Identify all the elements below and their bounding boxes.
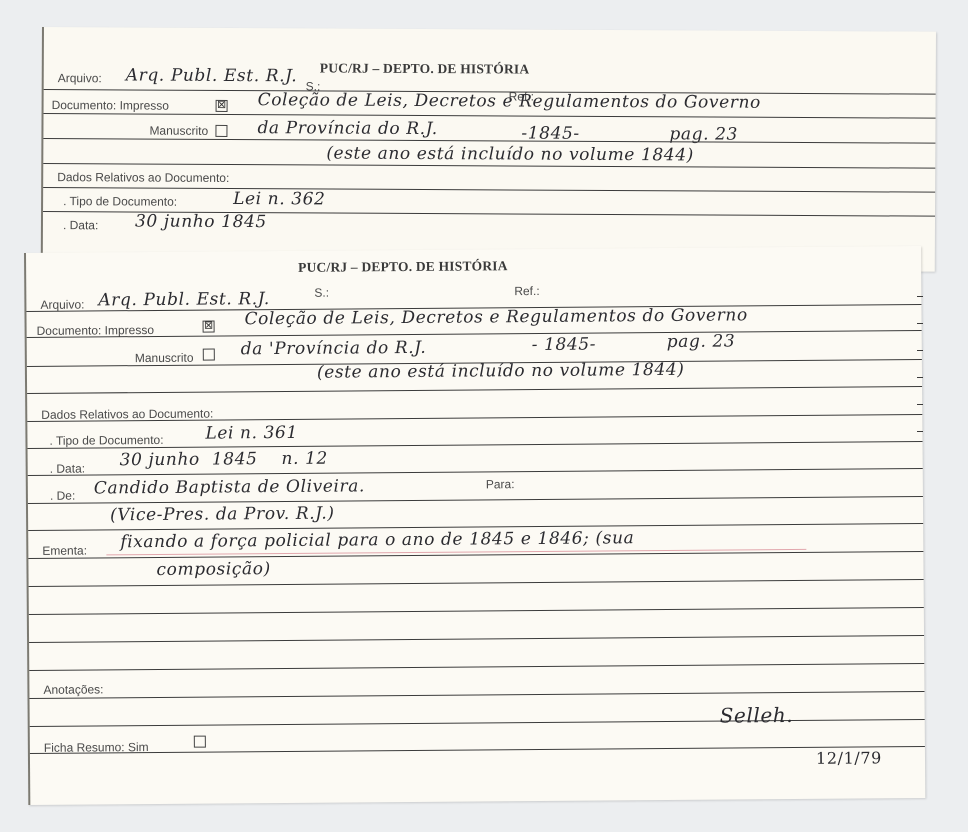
ementa-label: Ementa: <box>42 544 87 558</box>
rule <box>29 663 924 671</box>
back-card-rule-tick <box>917 350 923 351</box>
documento-line3: (este ano está incluído no volume 1844) <box>317 360 685 383</box>
arquivo-label: Arquivo: <box>58 71 102 85</box>
para-label: Para: <box>486 477 515 491</box>
manuscrito-checkbox[interactable] <box>203 349 215 361</box>
rule <box>44 113 936 119</box>
de-label: . De: <box>50 489 75 503</box>
documento-line1: Coleção de Leis, Decretos e Regulamentos… <box>244 305 747 329</box>
ementa-value-line1: fixando a força policial para o ano de 1… <box>120 528 634 552</box>
tipo-documento-value: Lei n. 361 <box>205 423 298 444</box>
rule <box>30 746 925 754</box>
rule <box>27 386 922 394</box>
ementa-value-line2: composição) <box>156 559 270 580</box>
data-value: 30 junho 1845 <box>135 211 267 232</box>
card-header: PUC/RJ – DEPTO. DE HISTÓRIA <box>298 258 508 276</box>
arquivo-value: Arq. Publ. Est. R.J. <box>126 65 298 86</box>
documento-line2-a: da Província do R.J. <box>257 118 437 139</box>
back-card-rule-tick <box>917 323 923 324</box>
documento-impresso-label: Documento: Impresso <box>52 98 169 113</box>
manuscrito-checkbox[interactable] <box>215 125 227 137</box>
data-value: 30 junho 1845 n. 12 <box>120 449 328 471</box>
dados-relativos-label: Dados Relativos ao Documento: <box>57 170 229 185</box>
tipo-documento-label: . Tipo de Documento: <box>63 194 177 209</box>
signature: Selleh. <box>720 703 794 728</box>
rule <box>29 579 924 587</box>
data-label: . Data: <box>63 218 98 232</box>
checked-x-icon: ⊠ <box>217 99 226 111</box>
rule <box>29 635 924 643</box>
checked-x-icon: ⊠ <box>204 320 213 332</box>
documento-line1: Coleção de Leis, Decretos e Regulamentos… <box>258 90 761 113</box>
ref-label: Ref.: <box>514 284 539 298</box>
documento-line2-a: da 'Província do R.J. <box>241 338 427 359</box>
back-card-rule-tick <box>917 296 923 297</box>
impresso-checkbox[interactable]: ⊠ <box>216 100 228 112</box>
rule <box>27 330 922 338</box>
rule <box>43 138 935 144</box>
documento-line2-b: - 1845- <box>532 335 597 356</box>
manuscrito-label: Manuscrito <box>149 124 208 138</box>
card-header: PUC/RJ – DEPTO. DE HISTÓRIA <box>320 60 530 77</box>
tipo-documento-value: Lei n. 362 <box>233 189 326 209</box>
tipo-documento-label: . Tipo de Documento: <box>49 433 163 448</box>
back-card-rule-tick <box>917 377 923 378</box>
front-index-card: PUC/RJ – DEPTO. DE HISTÓRIA Arquivo: Arq… <box>24 246 925 805</box>
signature-date: 12/1/79 <box>816 748 882 768</box>
s-label: S.: <box>314 286 329 300</box>
ficha-resumo-sim-checkbox[interactable] <box>194 736 206 748</box>
anotacoes-label: Anotações: <box>43 682 103 696</box>
back-card-rule-tick <box>917 404 923 405</box>
documento-line3: (este ano está incluído no volume 1844) <box>326 143 694 165</box>
back-index-card: PUC/RJ – DEPTO. DE HISTÓRIA Arquivo: Arq… <box>41 27 936 272</box>
documento-line2-c: pag. 23 <box>667 331 736 352</box>
rule <box>43 187 935 193</box>
back-card-rule-tick <box>917 431 923 432</box>
arquivo-value: Arq. Publ. Est. R.J. <box>98 289 270 310</box>
de-value-line2: (Vice-Pres. da Prov. R.J.) <box>110 504 335 526</box>
rule <box>29 691 924 699</box>
de-value-line1: Candido Baptista de Oliveira. <box>94 476 365 498</box>
manuscrito-label: Manuscrito <box>135 351 194 365</box>
impresso-checkbox[interactable]: ⊠ <box>203 321 215 333</box>
rule <box>29 607 924 615</box>
